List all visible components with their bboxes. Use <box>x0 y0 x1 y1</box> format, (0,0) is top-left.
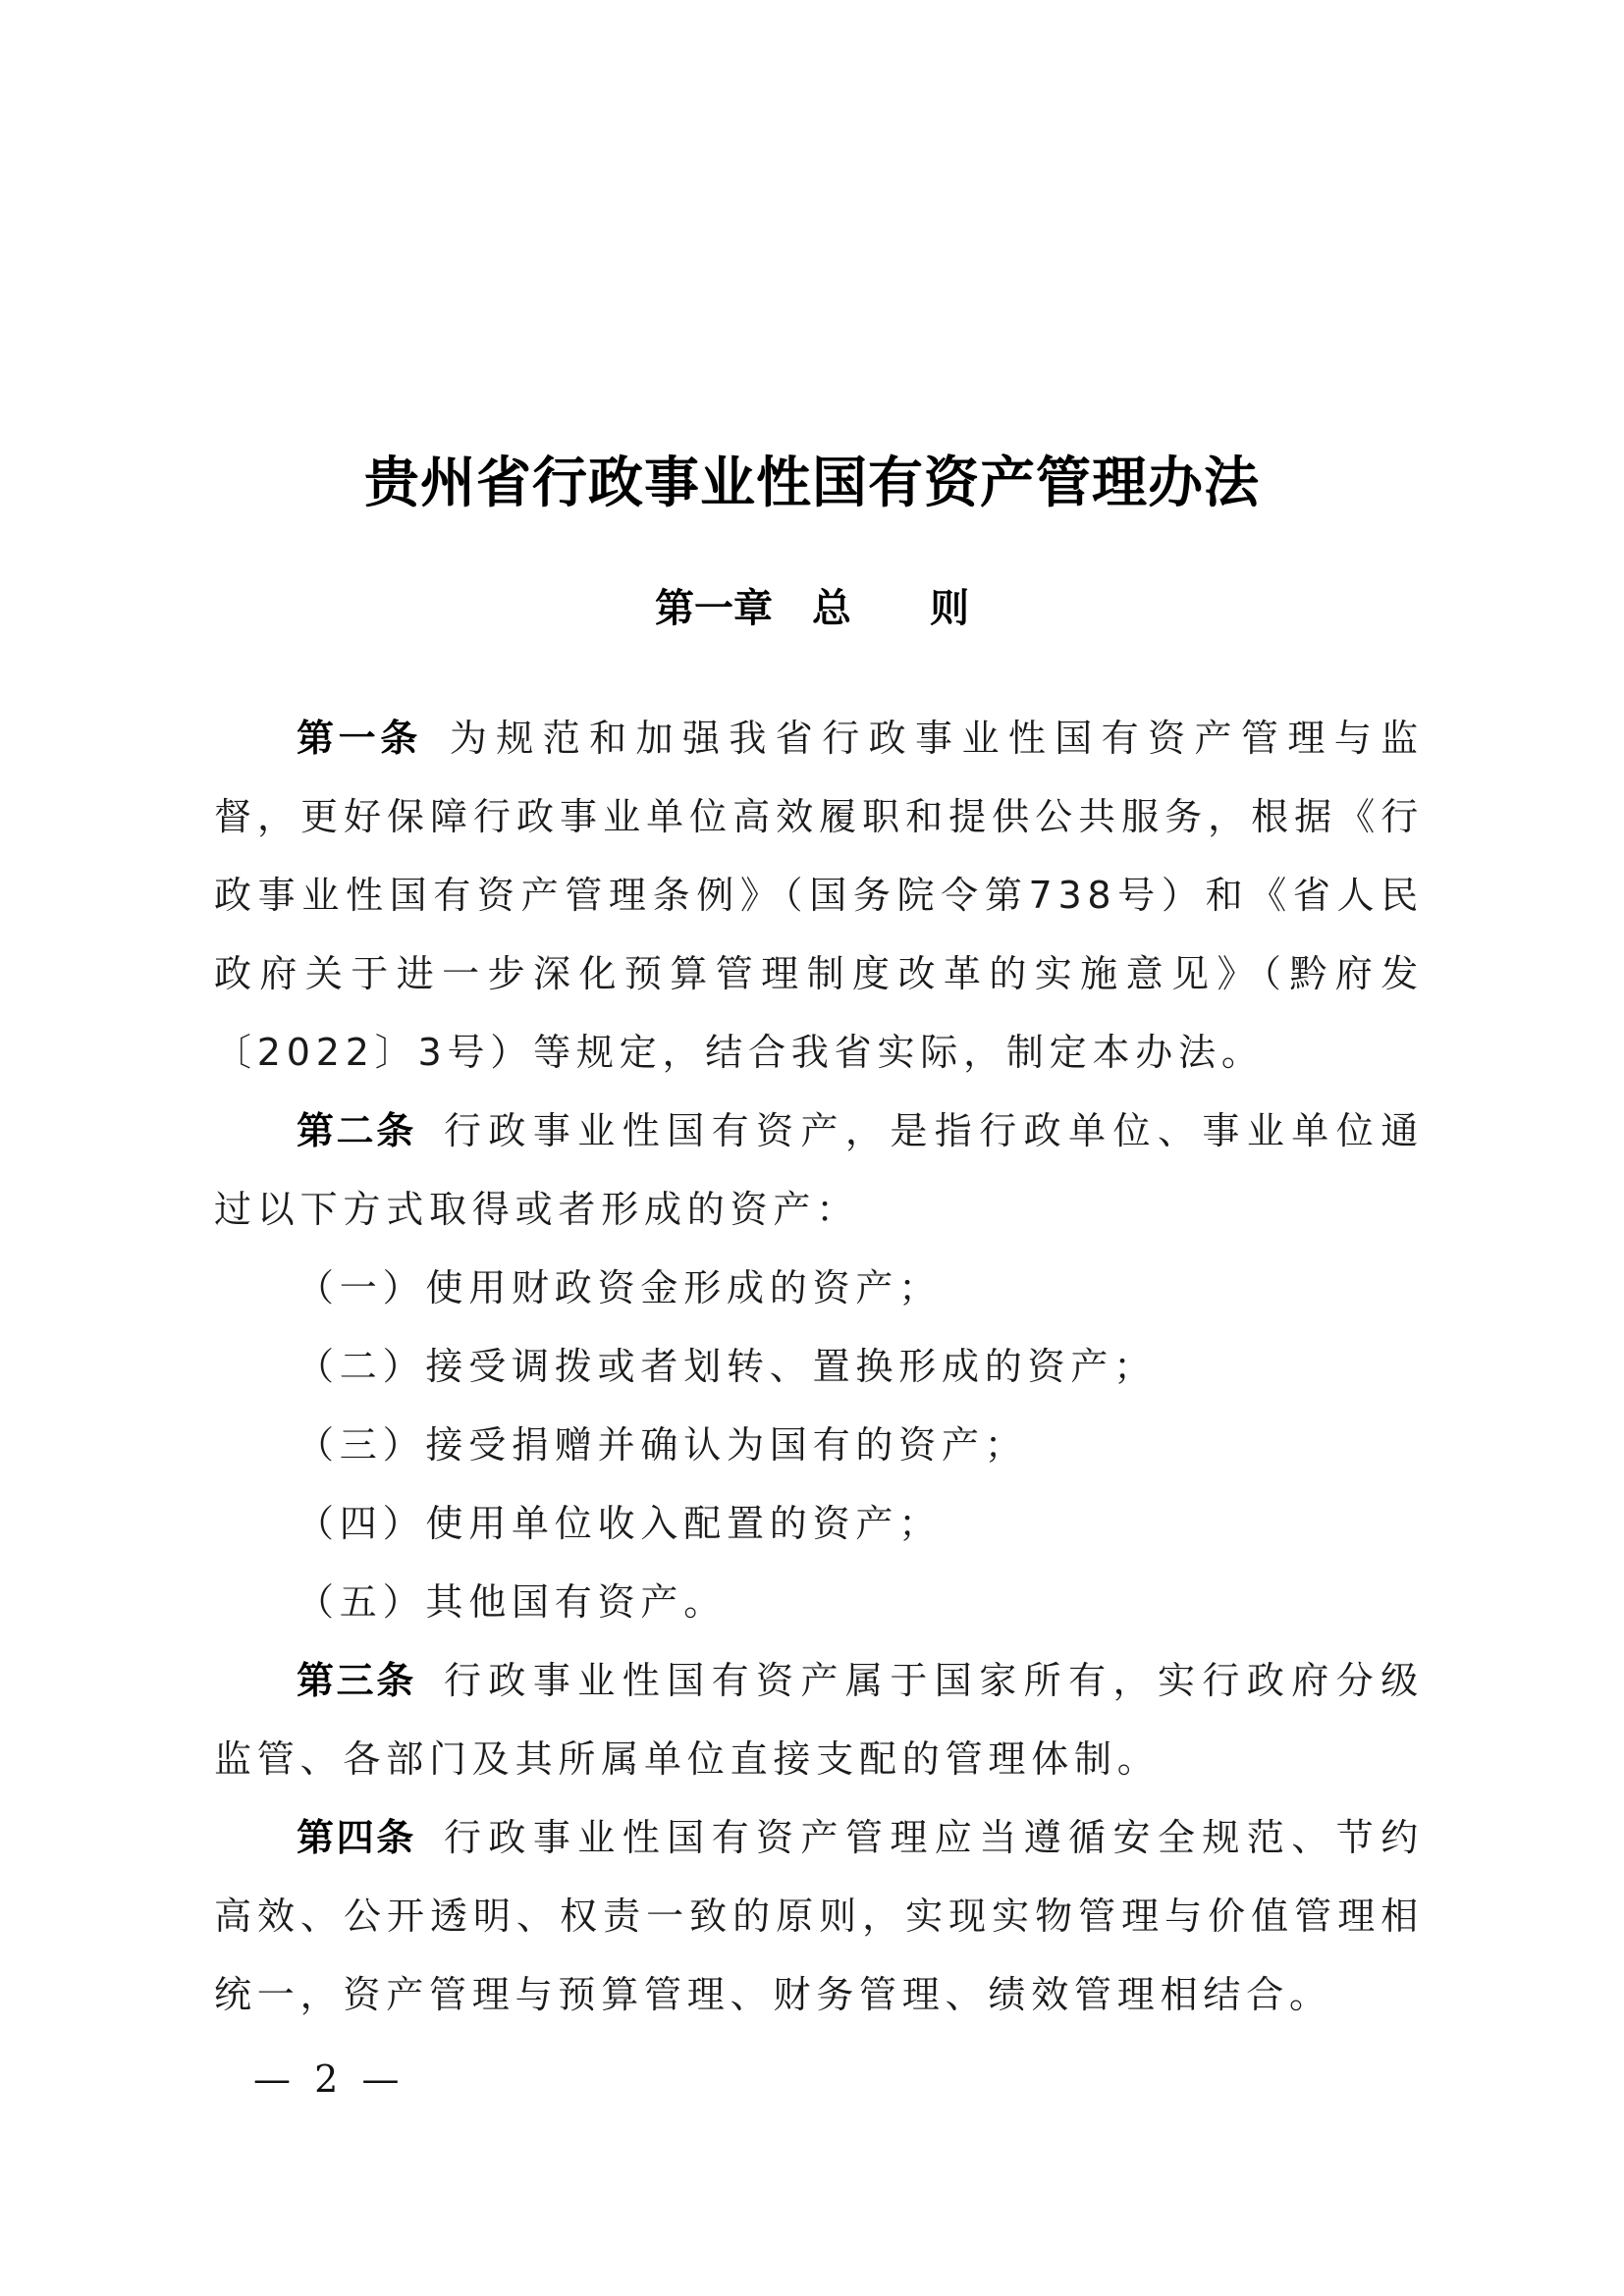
list-item: （五）其他国有资产。 <box>214 1563 1424 1641</box>
list-item: （一）使用财政资金形成的资产； <box>214 1249 1424 1327</box>
article-3: 第三条行政事业性国有资产属于国家所有，实行政府分级监管、各部门及其所属单位直接支… <box>214 1641 1424 1798</box>
document-title: 贵州省行政事业性国有资产管理办法 <box>0 440 1624 518</box>
article-text: 为规范和加强我省行政事业性国有资产管理与监督，更好保障行政事业单位高效履职和提供… <box>214 717 1424 1074</box>
list-item: （四）使用单位收入配置的资产； <box>214 1484 1424 1563</box>
document-page: 贵州省行政事业性国有资产管理办法 第一章 总 则 第一条为规范和加强我省行政事业… <box>0 0 1624 2296</box>
list-item: （三）接受捐赠并确认为国有的资产； <box>214 1406 1424 1484</box>
document-body: 第一条为规范和加强我省行政事业性国有资产管理与监督，更好保障行政事业单位高效履职… <box>214 699 1424 2034</box>
article-4: 第四条行政事业性国有资产管理应当遵循安全规范、节约高效、公开透明、权责一致的原则… <box>214 1798 1424 2034</box>
article-label: 第一条 <box>297 717 422 760</box>
list-item: （二）接受调拨或者划转、置换形成的资产； <box>214 1327 1424 1406</box>
article-label: 第四条 <box>297 1816 416 1859</box>
article-2: 第二条行政事业性国有资产，是指行政单位、事业单位通过以下方式取得或者形成的资产： <box>214 1092 1424 1249</box>
page-number: — 2 — <box>253 2057 400 2101</box>
article-1: 第一条为规范和加强我省行政事业性国有资产管理与监督，更好保障行政事业单位高效履职… <box>214 699 1424 1092</box>
chapter-heading: 第一章 总 则 <box>0 577 1624 633</box>
article-label: 第三条 <box>297 1659 416 1702</box>
article-label: 第二条 <box>297 1109 416 1152</box>
